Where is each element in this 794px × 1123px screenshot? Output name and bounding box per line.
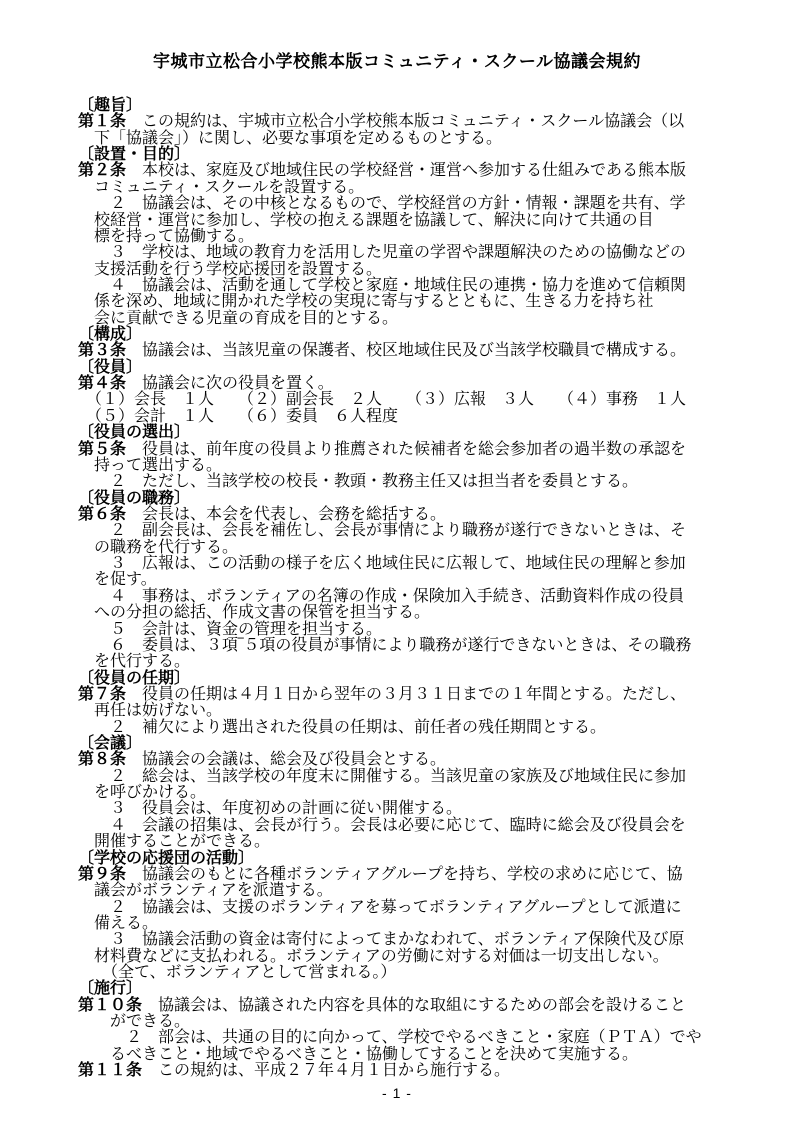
document-line: 〔趣旨〕 [78, 98, 738, 114]
document-line: 支援活動を行う学校応援団を設置する。 [78, 262, 738, 278]
document-line: 第６条 会長は、本会を代表し、会務を総括する。 [78, 507, 738, 523]
document-line: 第３条 協議会は、当該児童の保護者、校区地域住民及び当該学校職員で構成する。 [78, 343, 738, 359]
document-line: 第１１条 この規約は、平成２７年４月１日から施行する。 [78, 1063, 738, 1079]
document-line: 〔構成〕 [78, 327, 738, 343]
page-number: - 1 - [0, 1085, 794, 1101]
document-line: コミュニティ・スクールを設置する。 [78, 180, 738, 196]
document-body: 〔趣旨〕第１条 この規約は、宇城市立松合小学校熊本版コミュニティ・スクール協議会… [78, 98, 738, 1080]
document-line: を促す。 [78, 572, 738, 588]
document-line: 〔役員の職務〕 [78, 491, 738, 507]
document-line: 議会がボランティアを派遣する。 [78, 883, 738, 899]
document-line: 下「協議会」）に関し、必要な事項を定めるものとする。 [78, 131, 738, 147]
document-line: ４ 事務は、ボランティアの名簿の作成・保険加入手続き、活動資料作成の役員 [78, 589, 738, 605]
document-line: 係を深め、地域に開かれた学校の実現に寄与するとともに、生きる力を持ち社 [78, 294, 738, 310]
document-line: ３ 学校は、地域の教育力を活用した児童の学習や課題解決のための協働などの [78, 245, 738, 261]
document-line: 第７条 役員の任期は４月１日から翌年の３月３１日までの１年間とする。ただし、 [78, 687, 738, 703]
document-line: （５）会計 １人 （６）委員 ６人程度 [78, 409, 738, 425]
document-line: 〔役員〕 [78, 360, 738, 376]
document-line: るべきこと・地域でやるべきこと・協働してすることを決めて実施する。 [78, 1047, 738, 1063]
document-line: 〔学校の応援団の活動〕 [78, 851, 738, 867]
document-line: 〔会議〕 [78, 736, 738, 752]
document-line: ４ 協議会は、活動を通して学校と家庭・地域住民の連携・協力を進めて信頼関 [78, 278, 738, 294]
document-line: 第５条 役員は、前年度の役員より推薦された候補者を総会参加者の過半数の承認を [78, 442, 738, 458]
document-line: ３ 協議会活動の資金は寄付によってまかなわれて、ボランティア保険代及び原 [78, 932, 738, 948]
document-line: 第９条 協議会のもとに各種ボランティアグループを持ち、学校の求めに応じて、協 [78, 867, 738, 883]
document-line: ２ 協議会は、その中核となるもので、学校経営の方針・情報・課題を共有、学 [78, 196, 738, 212]
document-line: 会に貢献できる児童の育成を目的とする。 [78, 311, 738, 327]
document-line: 再任は妨げない。 [78, 703, 738, 719]
document-line: 材料費などに支払われる。ボランティアの労働に対する対価は一切支出しない。 [78, 949, 738, 965]
document-line: ３ 広報は、この活動の様子を広く地域住民に広報して、地域住民の理解と参加 [78, 556, 738, 572]
document-line: ２ 協議会は、支援のボランティアを募ってボランティアグループとして派遣に [78, 900, 738, 916]
document-line: 第１０条 協議会は、協議された内容を具体的な取組にするための部会を設けること [78, 998, 738, 1014]
document-line: ２ 部会は、共通の目的に向かって、学校でやるべきこと・家庭（ＰＴＡ）でや [78, 1030, 738, 1046]
document-line: 第２条 本校は、家庭及び地域住民の学校経営・運営へ参加する仕組みである熊本版 [78, 163, 738, 179]
document-line: ３ 役員会は、年度初めの計画に従い開催する。 [78, 801, 738, 817]
document-line: 校経営・運営に参加し、学校の抱える課題を協議して、解決に向けて共通の目 [78, 213, 738, 229]
document-line: ５ 会計は、資金の管理を担当する。 [78, 622, 738, 638]
document-line: 持って選出する。 [78, 458, 738, 474]
document-line: 〔役員の任期〕 [78, 671, 738, 687]
document-line: を代行する。 [78, 654, 738, 670]
document-line: 標を持って協働する。 [78, 229, 738, 245]
document-line: ２ 副会長は、会長を補佐し、会長が事情により職務が遂行できないときは、そ [78, 523, 738, 539]
document-line: 〔施行〕 [78, 981, 738, 997]
document-title: 宇城市立松合小学校熊本版コミュニティ・スクール協議会規約 [0, 0, 794, 72]
document-page: 宇城市立松合小学校熊本版コミュニティ・スクール協議会規約 〔趣旨〕第１条 この規… [0, 0, 794, 1123]
document-line: 〔設置・目的〕 [78, 147, 738, 163]
document-line: ４ 会議の招集は、会長が行う。会長は必要に応じて、臨時に総会及び役員会を [78, 818, 738, 834]
document-line: 開催することができる。 [78, 834, 738, 850]
document-line: ２ 総会は、当該学校の年度末に開催する。当該児童の家族及び地域住民に参加 [78, 769, 738, 785]
document-line: 第１条 この規約は、宇城市立松合小学校熊本版コミュニティ・スクール協議会（以 [78, 114, 738, 130]
document-line: 第８条 協議会の会議は、総会及び役員会とする。 [78, 752, 738, 768]
document-line: （全て、ボランティアとして営まれる。） [78, 965, 738, 981]
document-line: への分担の総括、作成文書の保管を担当する。 [78, 605, 738, 621]
document-line: を呼びかける。 [78, 785, 738, 801]
document-line: の職務を代行する。 [78, 540, 738, 556]
document-line: ２ ただし、当該学校の校長・教頭・教務主任又は担当者を委員とする。 [78, 474, 738, 490]
document-line: ６ 委員は、３項‾５項の役員が事情により職務が遂行できないときは、その職務 [78, 638, 738, 654]
document-line: （１）会長 １人 （２）副会長 ２人 （３）広報 ３人 （４）事務 １人 [78, 392, 738, 408]
document-line: 〔役員の選出〕 [78, 425, 738, 441]
document-line: 備える。 [78, 916, 738, 932]
document-line: 第４条 協議会に次の役員を置く。 [78, 376, 738, 392]
document-line: ２ 補欠により選出された役員の任期は、前任者の残任期間とする。 [78, 720, 738, 736]
